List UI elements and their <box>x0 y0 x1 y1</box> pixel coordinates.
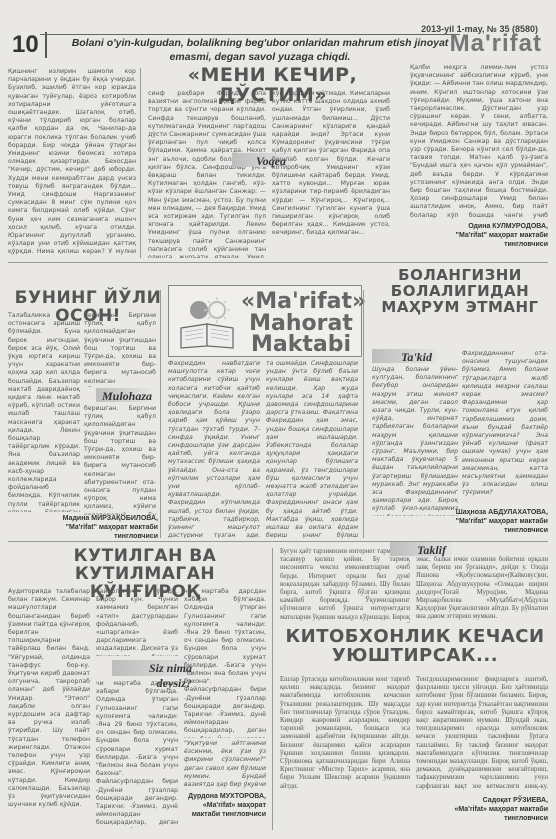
article-buning-yuli-col2b: беришган. Биргини тўлиқ қабул қилолмайди… <box>84 405 156 515</box>
mahorat-maktabi-banner: «Ma'rifat» Mahorat Maktabi <box>168 285 362 357</box>
article-meni-kechir-col3: кўи дардини айтмади. Кимсаларни кутиб ка… <box>272 90 390 258</box>
article-kitobxonlik-col2: Тенгдошларимизнинг фикрларига эшитиб, фа… <box>416 676 548 791</box>
page-number: 10 <box>12 32 47 58</box>
page-kicker: Bolani o'yin-kulgudan, bolalikning beg'u… <box>50 36 470 64</box>
article-kutilgan-col2b: чи мартаба дарсдан хабари бўлганда. Олди… <box>96 680 178 828</box>
signature-buning-yuli: Мадина МИРЗАҚОБИЛОВА, "Ma'rifat" маҳорат… <box>60 514 158 541</box>
banner-line-3: Maktabi <box>241 333 361 356</box>
article-bolangizni-col2: Фахриддиннинг ота-онасини тушунгандек бў… <box>462 350 548 502</box>
header-rule <box>40 34 460 35</box>
column-divider <box>272 548 273 830</box>
mahorat-col1: Фахриддин навбатдаги машғулотга кетар чо… <box>168 360 260 538</box>
article-kutilgan-col2: тайёрлаган сўради. Бирор кун. Чунки хамм… <box>96 588 178 656</box>
mahorat-col2: та ошмайди. Синфдошлари ундан ўнта бўлиб… <box>266 360 358 538</box>
article-kutilgan-col3: чи мартаба дарсдан хабари бўлганда. Олди… <box>184 588 266 738</box>
author-role: "Ma'rifat" маҳорат мактаби тингловчиси <box>60 523 158 541</box>
author-role: "Ma'rifat" маҳорат мактаби тингловчиси <box>410 231 548 249</box>
author-name: Садоқат РЎЗИЕВА, <box>416 796 548 805</box>
author-role: "Ma'rifat" маҳорат мактаби тингловчиси <box>440 517 548 535</box>
article-meni-kechir-col4: Қалби меҳрга лимми-лим устоз ўқувчисинин… <box>410 64 548 219</box>
article-kitobxonlik-title: КИТОБХОНЛИК КЕЧАСИ УЮШТИРСАК... <box>282 628 548 666</box>
column-divider <box>160 290 161 538</box>
author-name: Дурдона МУХТОРОВА, <box>176 792 266 801</box>
section-divider <box>8 262 548 263</box>
article-taklif-col1: Бугун ҳаёт тарзимизни интернет тармоғиси… <box>280 548 410 623</box>
article-taklif-col2: эмас, балки ички оламини бойитиш орқали … <box>416 556 548 622</box>
author-role: «Ma'rifat» маҳорат мактаби тингловчиси <box>416 805 548 823</box>
article-buning-yuli-col2: беришган. Биргини тўлиқ қабул қилолмайди… <box>84 312 156 387</box>
article-kitobxonlik-col1: Ёшлар ўртасида китобхонликни кенг тарғиб… <box>280 676 410 828</box>
author-name: Одина КУЛМУРОДОВА, <box>410 222 548 231</box>
article-buning-yuli-col1: Талабаликка остонасига эришиш бўлмайди. … <box>8 312 80 512</box>
article-bolangizni-col1: Шунда болани ўйин-кулгудан, болаликнинг … <box>372 366 458 516</box>
article-meni-kechir-col1: Қишнинг излирин шамоли кор парчаларини у… <box>8 68 136 255</box>
column-divider <box>363 290 364 538</box>
article-bolangizni-title: БОЛАНГИЗНИ БОЛАЛИГИДАН МАҲРУМ ЭТМАНГ <box>372 268 548 315</box>
rubric-taklif: Taklif <box>390 542 452 556</box>
signature-meni-kechir: Одина КУЛМУРОДОВА, "Ma'rifat" маҳорат ма… <box>410 222 548 249</box>
signature-kutilgan: Дурдона МУХТОРОВА, «Ma'rifat» маҳорат ма… <box>176 792 266 819</box>
signature-bolangizni: Шаҳноза АБДУЛАХАТОВА, "Ma'rifat" маҳорат… <box>440 508 548 535</box>
article-kutilgan-col4: "Уқитувчи айтганини ёзсинми, ёки ўзи ўз … <box>184 740 266 790</box>
article-meni-kechir-col2: синф раҳбари Фарида опа вазиятни англолм… <box>148 90 266 258</box>
masthead-logo: Ma'rifat <box>450 30 542 58</box>
article-kutilgan-col1: Аудиторияда талабалар билан гавжум. Семи… <box>8 588 90 828</box>
author-name: Шаҳноза АБДУЛАХАТОВА, <box>440 508 548 517</box>
author-name: Мадина МИРЗАҚОБИЛОВА, <box>60 514 158 523</box>
column-divider <box>140 68 141 258</box>
section-divider <box>8 541 548 542</box>
banner-line-1: «Ma'rifat» <box>241 290 361 313</box>
book-sun-icon <box>177 294 237 350</box>
author-role: «Ma'rifat» маҳорат мактаби тингловчиси <box>176 801 266 819</box>
signature-kitobxonlik: Садоқат РЎЗИЕВА, «Ma'rifat» маҳорат макт… <box>416 796 548 823</box>
rubric-takid: Ta'kid <box>372 349 438 363</box>
rubric-mulohaza: Mulohaza <box>96 388 152 402</box>
